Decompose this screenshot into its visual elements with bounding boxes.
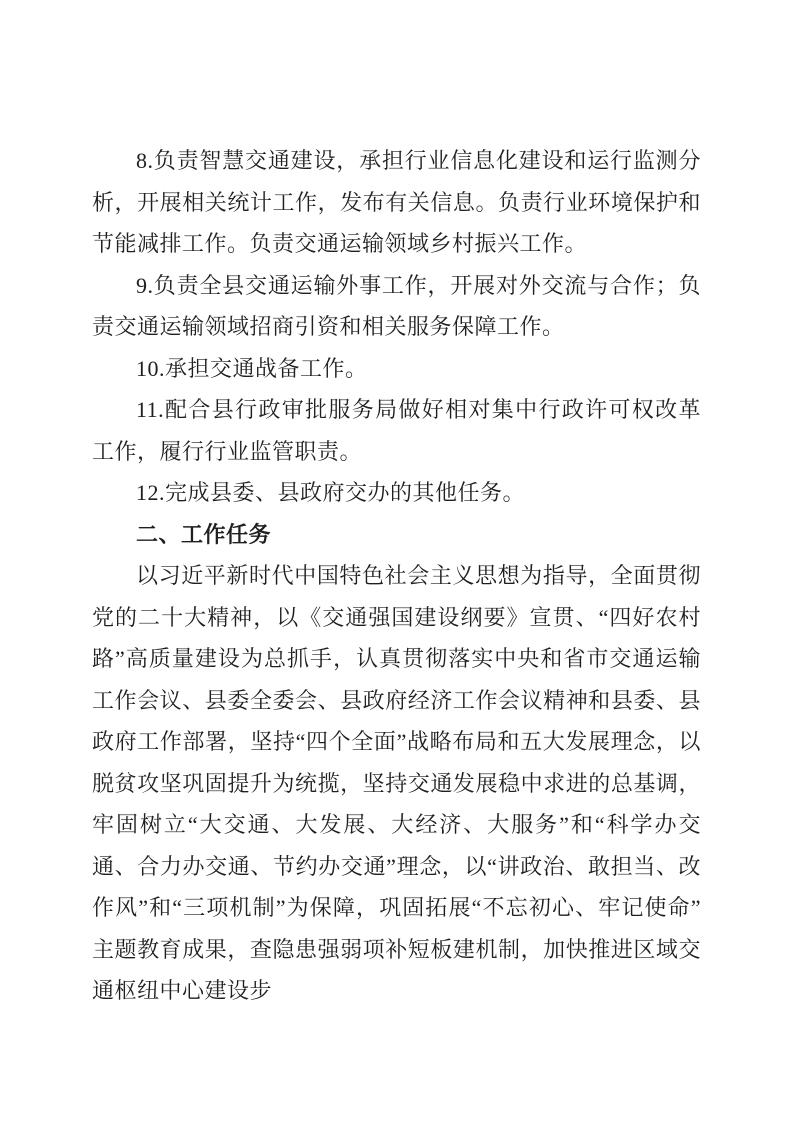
body-paragraph: 10.承担交通战备工作。 xyxy=(92,348,701,390)
body-paragraph: 9.负责全县交通运输外事工作，开展对外交流与合作；负责交通运输领域招商引资和相关… xyxy=(92,265,701,348)
body-paragraph: 11.配合县行政审批服务局做好相对集中行政许可权改革工作，履行行业监管职责。 xyxy=(92,389,701,472)
document-body: 8.负责智慧交通建设，承担行业信息化建设和运行监测分析，开展相关统计工作，发布有… xyxy=(92,140,701,1012)
body-paragraph: 8.负责智慧交通建设，承担行业信息化建设和运行监测分析，开展相关统计工作，发布有… xyxy=(92,140,701,265)
body-paragraph: 以习近平新时代中国特色社会主义思想为指导，全面贯彻党的二十大精神，以《交通强国建… xyxy=(92,555,701,1012)
document-page: 8.负责智慧交通建设，承担行业信息化建设和运行监测分析，开展相关统计工作，发布有… xyxy=(0,0,793,1122)
body-paragraph: 12.完成县委、县政府交办的其他任务。 xyxy=(92,472,701,514)
section-heading: 二、工作任务 xyxy=(92,514,701,556)
